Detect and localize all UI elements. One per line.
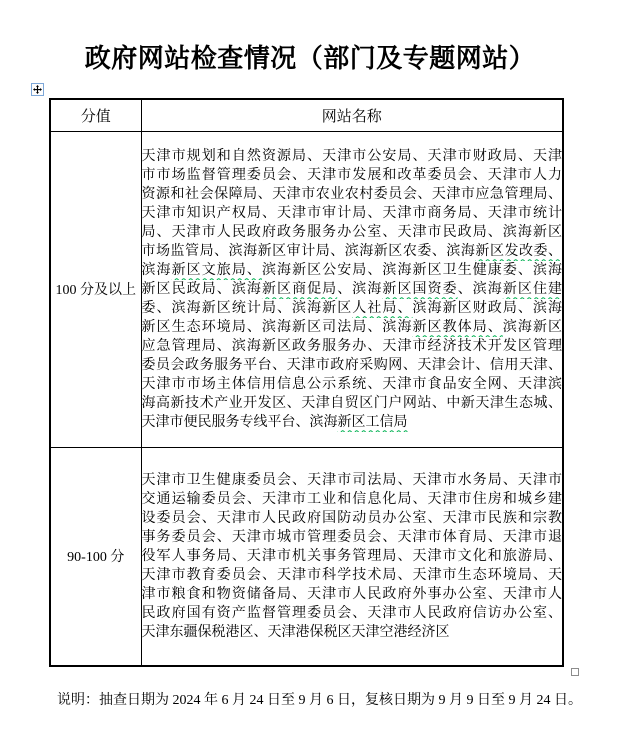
website-names-line: 天津市便民服务专线平台、滨海新区工信局 [142,413,563,432]
website-names-text: 天津市规划和自然资源局、天津市公安局、天津市财政局、天津 [142,149,563,164]
website-names-line: 市场监管局、滨海新区审计局、滨海新区农委、滨海新区发改委、 [142,242,563,261]
document-page: 政府网站检查情况（部门及专题网站） 分值 网站名称 100 分及以上天津市规划和… [0,0,620,741]
website-names-text: 市市场监督管理委员会、天津市发展和改革委员会、天津市人力 [142,168,563,183]
website-names-text: 天津市便民服务专线平台、滨海 [142,415,338,430]
website-names-line: 津市粮食和物资储备局、天津市人民政府外事办公室、天津市人 [142,585,563,604]
website-names-line: 应急管理局、滨海新区政务服务办、天津市经济技术开发区管理 [142,337,563,356]
table-move-handle-icon[interactable] [31,83,44,96]
move-arrows-icon [33,85,42,94]
website-names-line: 新区民政局、滨海新区商促局、滨海新区国资委、滨海新区住建 [142,280,563,299]
website-names-text: 滨海新区 [503,320,562,335]
header-website-name[interactable]: 网站名称 [141,99,563,131]
website-names-text: 天津市市场主体信用信息公示系统、天津市食品安全网、天津滨 [142,377,563,392]
inspection-table: 分值 网站名称 100 分及以上天津市规划和自然资源局、天津市公安局、天津市财政… [49,98,564,667]
website-names-text: 滨海 [142,263,172,278]
website-names-text: 应急管理局、滨海新区政务服务办、天津市经济技术开发区管理 [142,339,563,354]
website-names-text: 新区生态环境局、滨海新区司法局、滨海 [142,320,413,335]
table-header-row: 分值 网站名称 [50,99,563,131]
header-score[interactable]: 分值 [50,99,141,131]
website-names-line: 海高新技术产业开发区、天津自贸区门户网站、中新天津生态城、 [142,394,563,413]
website-names-line: 设委员会、天津市人民政府国防动员办公室、天津市民族和宗教 [142,509,563,528]
website-names-line: 资源和社会保障局、天津市农业农村委员会、天津市应急管理局、 [142,185,563,204]
website-names-line: 市市场监督管理委员会、天津市发展和改革委员会、天津市人力 [142,166,563,185]
spellcheck-flagged-text: 新区住建 [503,282,562,297]
spellcheck-flagged-text: 新区文旅局、 [172,263,262,278]
website-names-text: 津市粮食和物资储备局、天津市人民政府外事办公室、天津市人 [142,587,563,602]
website-names-line: 交通运输委员会、天津市工业和信息化局、天津市住房和城乡建 [142,490,563,509]
website-names-line: 民政府国有资产监督管理委员会、天津市人民政府信访办公室、 [142,604,563,623]
website-names-line: 事务委员会、天津市城市管理委员会、天津市体育局、天津市退 [142,528,563,547]
website-names-text: 滨海新区财政局、滨海 [413,301,562,316]
website-names-text: 交通运输委员会、天津市工业和信息化局、天津市住房和城乡建 [142,492,563,507]
website-names-text: 天津市教育委员会、天津市科学技术局、天津市生态环境局、天 [142,568,563,583]
website-names-cell[interactable]: 天津市卫生健康委员会、天津市司法局、天津市水务局、天津市交通运输委员会、天津市工… [141,447,563,666]
score-cell[interactable]: 90-100 分 [50,447,141,666]
table-row: 100 分及以上天津市规划和自然资源局、天津市公安局、天津市财政局、天津市市场监… [50,131,563,447]
website-names-text: 资源和社会保障局、天津市农业农村委员会、天津市应急管理局、 [142,187,563,202]
website-names-text: 局、天津市人民政府政务服务办公室、天津市民政局、滨海新区 [142,225,563,240]
website-names-line: 新区生态环境局、滨海新区司法局、滨海新区教体局、滨海新区 [142,318,563,337]
spellcheck-flagged-text: 人社局、 [352,301,412,316]
document-title[interactable]: 政府网站检查情况（部门及专题网站） [0,38,620,75]
website-names-line: 天津市市场主体信用信息公示系统、天津市食品安全网、天津滨 [142,375,563,394]
website-names-text: 役军人事务局、天津市机关事务管理局、天津市文化和旅游局、 [142,549,563,564]
website-names-text: 委、滨海新区统计局、滨海新区 [142,301,353,316]
website-names-line: 滨海新区文旅局、滨海新区公安局、滨海新区卫生健康委、滨海 [142,261,563,280]
website-names-line: 天津东疆保税港区、天津港保税区天津空港经济区 [142,623,563,642]
website-names-text: 委员会政务服务平台、天津市政府采购网、天津会计、信用天津、 [142,358,563,373]
spellcheck-flagged-text: 新区商促局 [262,282,337,297]
website-names-line: 天津市卫生健康委员会、天津市司法局、天津市水务局、天津市 [142,471,563,490]
spellcheck-flagged-text: 新区国资委 [382,282,457,297]
website-names-line: 委、滨海新区统计局、滨海新区人社局、滨海新区财政局、滨海 [142,299,563,318]
score-cell[interactable]: 100 分及以上 [50,131,141,447]
website-names-line: 局、天津市人民政府政务服务办公室、天津市民政局、滨海新区 [142,223,563,242]
website-names-text: 海高新技术产业开发区、天津自贸区门户网站、中新天津生态城、 [142,396,563,411]
website-names-text: 天津市知识产权局、天津市审计局、天津市商务局、天津市统计 [142,206,563,221]
website-names-cell[interactable]: 天津市规划和自然资源局、天津市公安局、天津市财政局、天津市市场监督管理委员会、天… [141,131,563,447]
website-names-text: 滨海新区公安局、滨海新区卫生健康委、滨海 [262,263,562,278]
website-names-text: 新区民政局、滨海 [142,282,262,297]
website-names-text: 、滨海 [458,282,503,297]
spellcheck-flagged-text: 新区发改委、 [475,244,562,259]
table-row: 90-100 分天津市卫生健康委员会、天津市司法局、天津市水务局、天津市交通运输… [50,447,563,666]
website-names-text: 天津东疆保税港区、天津港保税区天津空港经济区 [142,625,450,640]
website-names-line: 役军人事务局、天津市机关事务管理局、天津市文化和旅游局、 [142,547,563,566]
spellcheck-flagged-text: 新区教体局、 [413,320,503,335]
website-names-text: 、滨海 [337,282,382,297]
website-names-text: 民政府国有资产监督管理委员会、天津市人民政府信访办公室、 [142,606,563,621]
website-names-text: 事务委员会、天津市城市管理委员会、天津市体育局、天津市退 [142,530,563,545]
table-resize-handle-icon[interactable] [571,668,579,676]
website-names-line: 天津市规划和自然资源局、天津市公安局、天津市财政局、天津 [142,147,563,166]
website-names-line: 天津市知识产权局、天津市审计局、天津市商务局、天津市统计 [142,204,563,223]
website-names-line: 委员会政务服务平台、天津市政府采购网、天津会计、信用天津、 [142,356,563,375]
note-text[interactable]: 说明：抽查日期为 2024 年 6 月 24 日至 9 月 6 日，复核日期为 … [57,691,582,711]
website-names-text: 设委员会、天津市人民政府国防动员办公室、天津市民族和宗教 [142,511,563,526]
website-names-line: 天津市教育委员会、天津市科学技术局、天津市生态环境局、天 [142,566,563,585]
spellcheck-flagged-text: 新区工信局 [338,415,408,430]
website-names-text: 天津市卫生健康委员会、天津市司法局、天津市水务局、天津市 [142,473,563,488]
website-names-text: 市场监管局、滨海新区审计局、滨海新区农委、滨海 [142,244,476,259]
